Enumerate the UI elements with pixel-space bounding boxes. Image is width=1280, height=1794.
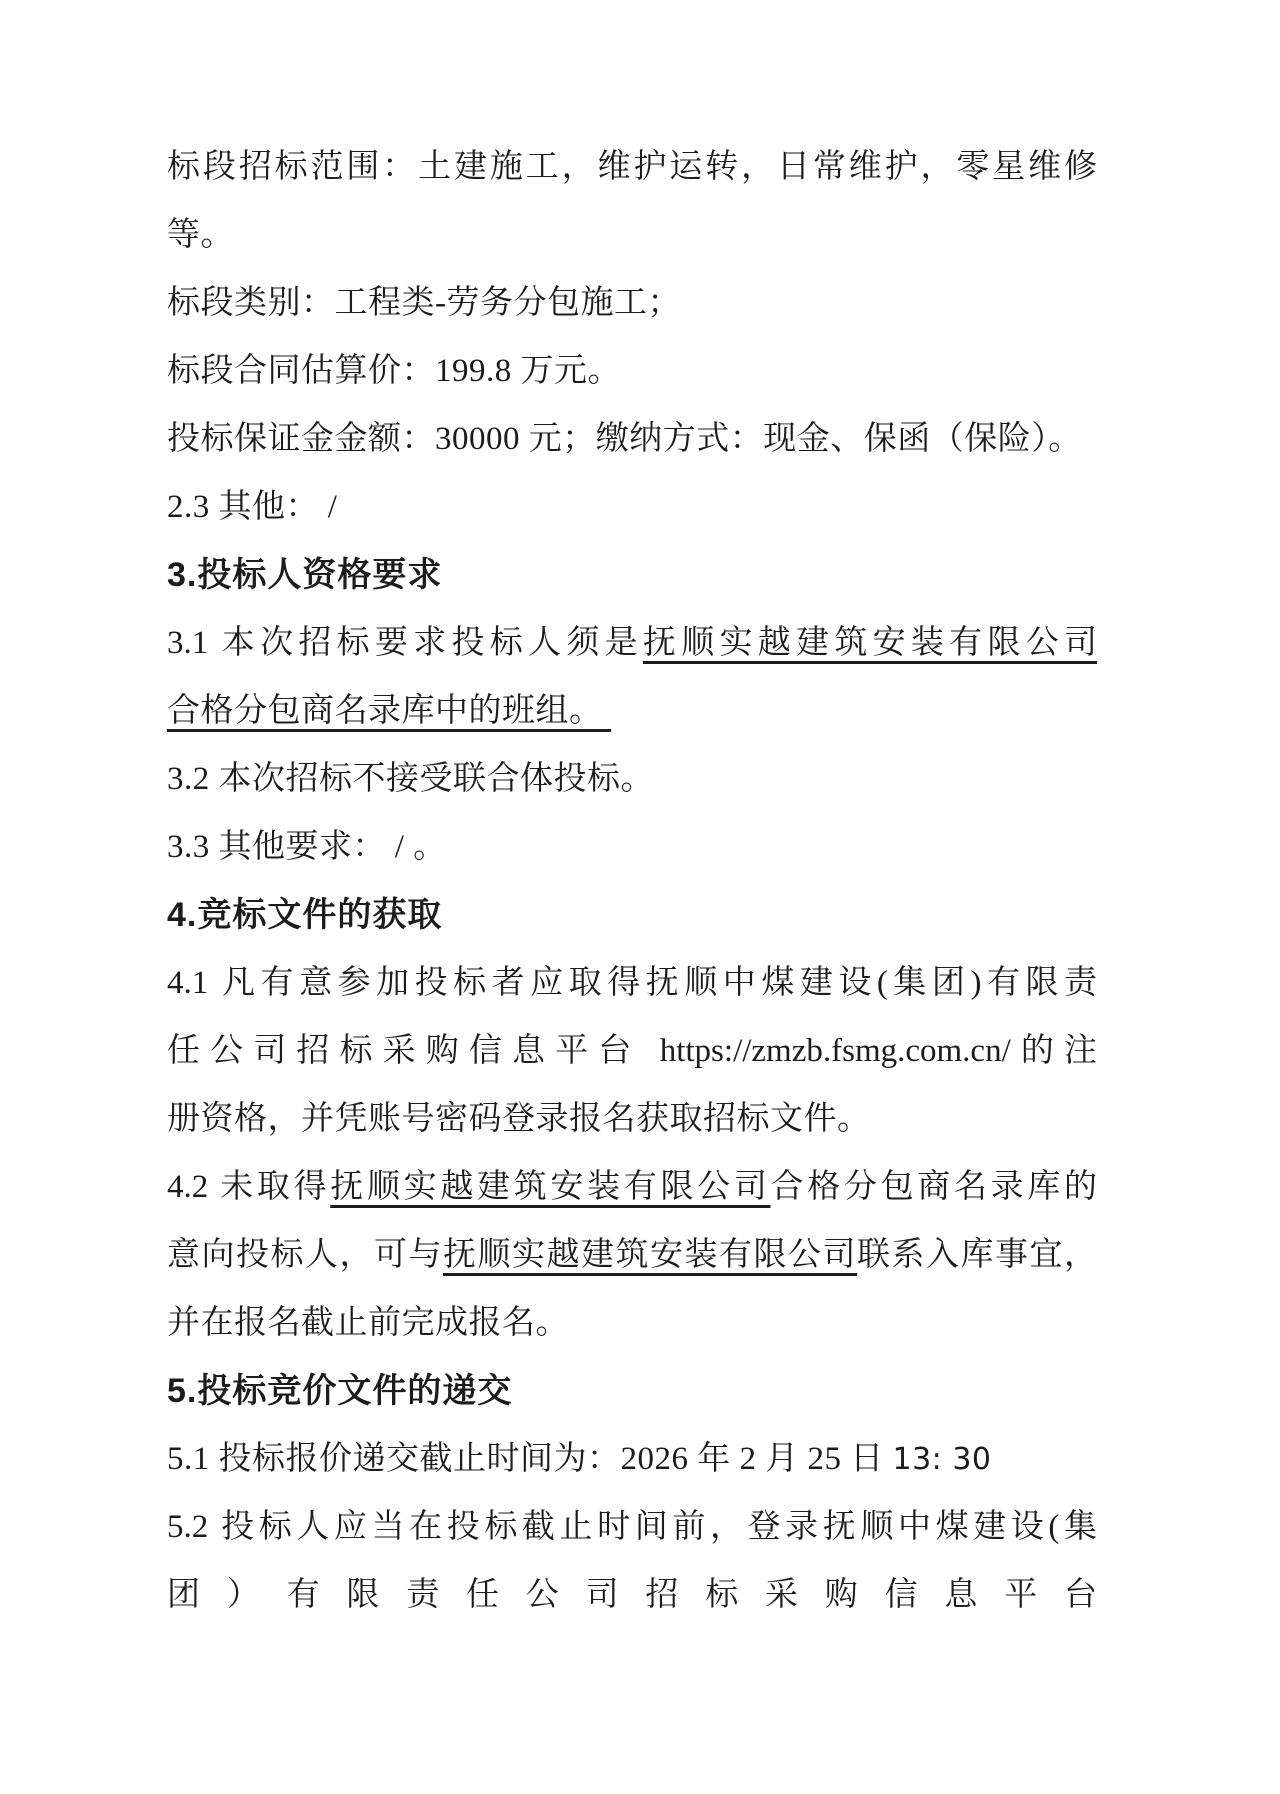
heading-text: 3.投标人资格要求	[167, 556, 442, 594]
deadline-time: 13: 30	[893, 1442, 992, 1477]
line-4-1-continuation-end: 册资格，并凭账号密码登录报名获取招标文件。	[167, 1085, 1097, 1153]
heading-4-obtain-bid-documents: 4.竞标文件的获取	[167, 881, 1097, 949]
line-bid-scope-continuation: 等。	[167, 201, 1097, 269]
line-2-3-other: 2.3 其他： /	[167, 473, 1097, 541]
text-run: 团）有限责任公司招标采购信息平台	[167, 1577, 1097, 1613]
text-run-with-url: 任公司招标采购信息平台 https://zmzb.fsmg.com.cn/的注	[167, 1033, 1097, 1069]
text-run: 5.2 投标人应当在投标截止时间前，登录抚顺中煤建设(集	[167, 1509, 1097, 1545]
line-3-1: 3.1 本次招标要求投标人须是抚顺实越建筑安装有限公司	[167, 609, 1097, 677]
scanned-document-page: 标段招标范围：土建施工，维护运转，日常维护，零星维修 等。 标段类别：工程类-劳…	[0, 0, 1280, 1794]
underlined-company-name: 抚顺实越建筑安装有限公司	[330, 1169, 770, 1205]
underlined-company-name: 抚顺实越建筑安装有限公司	[443, 1237, 857, 1273]
text-run: 2.3 其他： /	[167, 489, 337, 525]
line-5-1-deadline: 5.1 投标报价递交截止时间为：2026 年 2 月 25 日 13: 30	[167, 1425, 1097, 1493]
underlined-company-name: 抚顺实越建筑安装有限公司	[643, 625, 1097, 661]
text-run: 册资格，并凭账号密码登录报名获取招标文件。	[167, 1101, 871, 1137]
line-section-category: 标段类别：工程类-劳务分包施工；	[167, 269, 1097, 337]
line-5-2-continuation: 团）有限责任公司招标采购信息平台	[167, 1561, 1097, 1629]
text-run: 标段合同估算价：199.8 万元。	[167, 353, 621, 389]
text-run: 并在报名截止前完成报名。	[167, 1305, 569, 1341]
heading-3-bidder-qualification: 3.投标人资格要求	[167, 541, 1097, 609]
line-4-2-continuation-end: 并在报名截止前完成报名。	[167, 1289, 1097, 1357]
line-3-3: 3.3 其他要求： / 。	[167, 813, 1097, 881]
text-run: 等。	[167, 217, 234, 253]
text-run: 5.1 投标报价递交截止时间为：2026 年 2 月 25 日	[167, 1441, 893, 1477]
text-run: 合格分包商名录库的	[771, 1169, 1098, 1205]
text-run: 标段类别：工程类-劳务分包施工；	[167, 285, 681, 321]
line-bid-bond: 投标保证金金额：30000 元；缴纳方式：现金、保函（保险）。	[167, 405, 1097, 473]
tender-notice-text-block: 标段招标范围：土建施工，维护运转，日常维护，零星维修 等。 标段类别：工程类-劳…	[167, 133, 1097, 1629]
text-run: 意向投标人，可与	[167, 1237, 443, 1273]
text-run: 3.1 本次招标要求投标人须是	[167, 625, 643, 661]
heading-text: 4.竞标文件的获取	[167, 896, 442, 934]
heading-text: 5.投标竞价文件的递交	[167, 1372, 512, 1410]
line-contract-estimate-price: 标段合同估算价：199.8 万元。	[167, 337, 1097, 405]
text-run: 4.1 凡有意参加投标者应取得抚顺中煤建设(集团)有限责	[167, 965, 1097, 1001]
line-3-1-continuation: 合格分包商名录库中的班组。	[167, 677, 1097, 745]
heading-5-bid-submission: 5.投标竞价文件的递交	[167, 1357, 1097, 1425]
line-bid-scope: 标段招标范围：土建施工，维护运转，日常维护，零星维修	[167, 133, 1097, 201]
text-run: 联系入库事宜，	[857, 1237, 1097, 1273]
text-run: 4.2 未取得	[167, 1169, 330, 1205]
text-run: 标段招标范围：土建施工，维护运转，日常维护，零星维修	[167, 149, 1097, 185]
underlined-text: 合格分包商名录库中的班组。	[167, 693, 611, 729]
line-4-2-continuation: 意向投标人，可与抚顺实越建筑安装有限公司联系入库事宜，	[167, 1221, 1097, 1289]
text-run: 投标保证金金额：30000 元；缴纳方式：现金、保函（保险）。	[167, 421, 1082, 457]
text-run: 3.2 本次招标不接受联合体投标。	[167, 761, 654, 797]
text-run: 3.3 其他要求： / 。	[167, 829, 447, 865]
line-4-2: 4.2 未取得抚顺实越建筑安装有限公司合格分包商名录库的	[167, 1153, 1097, 1221]
line-4-1: 4.1 凡有意参加投标者应取得抚顺中煤建设(集团)有限责	[167, 949, 1097, 1017]
line-4-1-continuation-url: 任公司招标采购信息平台 https://zmzb.fsmg.com.cn/的注	[167, 1017, 1097, 1085]
line-3-2: 3.2 本次招标不接受联合体投标。	[167, 745, 1097, 813]
line-5-2: 5.2 投标人应当在投标截止时间前，登录抚顺中煤建设(集	[167, 1493, 1097, 1561]
